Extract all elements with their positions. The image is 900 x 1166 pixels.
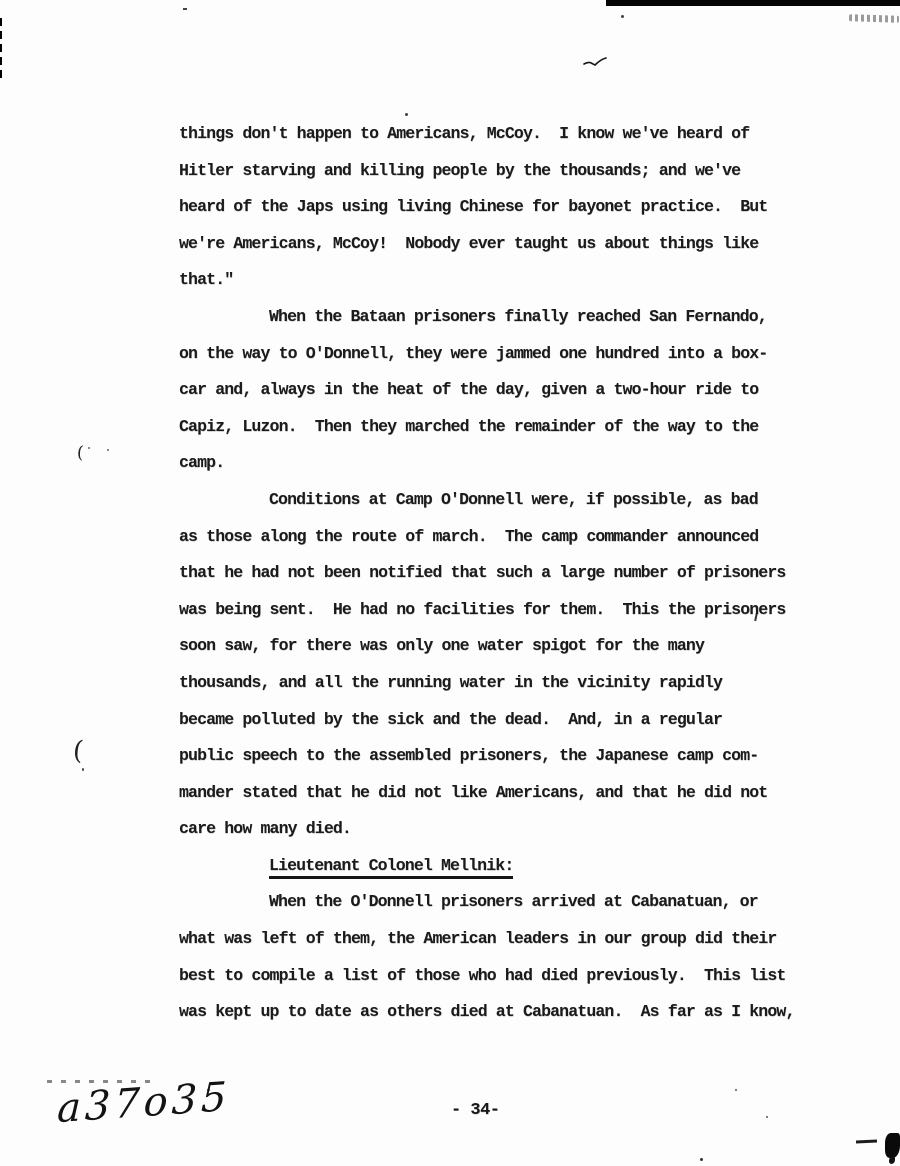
scan-speck xyxy=(183,8,187,10)
text-line: became polluted by the sick and the dead… xyxy=(179,702,819,739)
text-line: what was left of them, the American lead… xyxy=(179,921,819,958)
text-line: care how many died. xyxy=(179,811,819,848)
scan-edge-band xyxy=(606,0,900,6)
text-line: best to compile a list of those who had … xyxy=(179,958,819,995)
section-heading-text: Lieutenant Colonel Mellnik: xyxy=(269,856,513,879)
text-line: was kept up to date as others died at Ca… xyxy=(179,994,819,1031)
text-line: Conditions at Camp O'Donnell were, if po… xyxy=(179,482,819,519)
scan-speck xyxy=(88,447,90,449)
margin-pen-mark: ( xyxy=(76,443,84,463)
scan-speck xyxy=(766,1116,768,1118)
page-number: - 34- xyxy=(451,1101,500,1120)
text-line: we're Americans, McCoy! Nobody ever taug… xyxy=(179,226,819,263)
scan-speck xyxy=(735,1089,737,1091)
section-heading: Lieutenant Colonel Mellnik: xyxy=(179,848,819,885)
text-line: Hitler starving and killing people by th… xyxy=(179,153,819,190)
text-line: public speech to the assembled prisoners… xyxy=(179,738,819,775)
scan-smudge xyxy=(849,14,899,23)
text-line: thousands, and all the running water in … xyxy=(179,665,819,702)
scan-mark xyxy=(856,1139,877,1143)
text-line: car and, always in the heat of the day, … xyxy=(179,372,819,409)
text-line: Capiz, Luzon. Then they marched the rema… xyxy=(179,409,819,446)
text-line: as those along the route of march. The c… xyxy=(179,519,819,556)
scan-speck xyxy=(621,15,624,18)
text-line: When the O'Donnell prisoners arrived at … xyxy=(179,884,819,921)
scan-ink-blot xyxy=(889,1157,895,1164)
scan-edge-mark xyxy=(0,18,2,78)
text-line: that he had not been notified that such … xyxy=(179,555,819,592)
scan-speck xyxy=(700,1158,703,1161)
margin-pen-mark: ( xyxy=(71,736,84,767)
text-line: When the Bataan prisoners finally reache… xyxy=(179,299,819,336)
document-body: things don't happen to Americans, McCoy.… xyxy=(179,116,819,1031)
text-line: that." xyxy=(179,262,819,299)
text-line: things don't happen to Americans, McCoy.… xyxy=(179,116,819,153)
scan-ink-blot xyxy=(885,1133,900,1158)
text-line: camp. xyxy=(179,445,819,482)
scan-speck xyxy=(107,449,109,451)
text-line: mander stated that he did not like Ameri… xyxy=(179,775,819,812)
handwritten-check-mark xyxy=(583,55,609,76)
scan-speck xyxy=(82,768,84,771)
text-line: soon saw, for there was only one water s… xyxy=(179,628,819,665)
text-line: was being sent. He had no facilities for… xyxy=(179,592,819,629)
text-line: heard of the Japs using living Chinese f… xyxy=(179,189,819,226)
text-line: on the way to O'Donnell, they were jamme… xyxy=(179,336,819,373)
